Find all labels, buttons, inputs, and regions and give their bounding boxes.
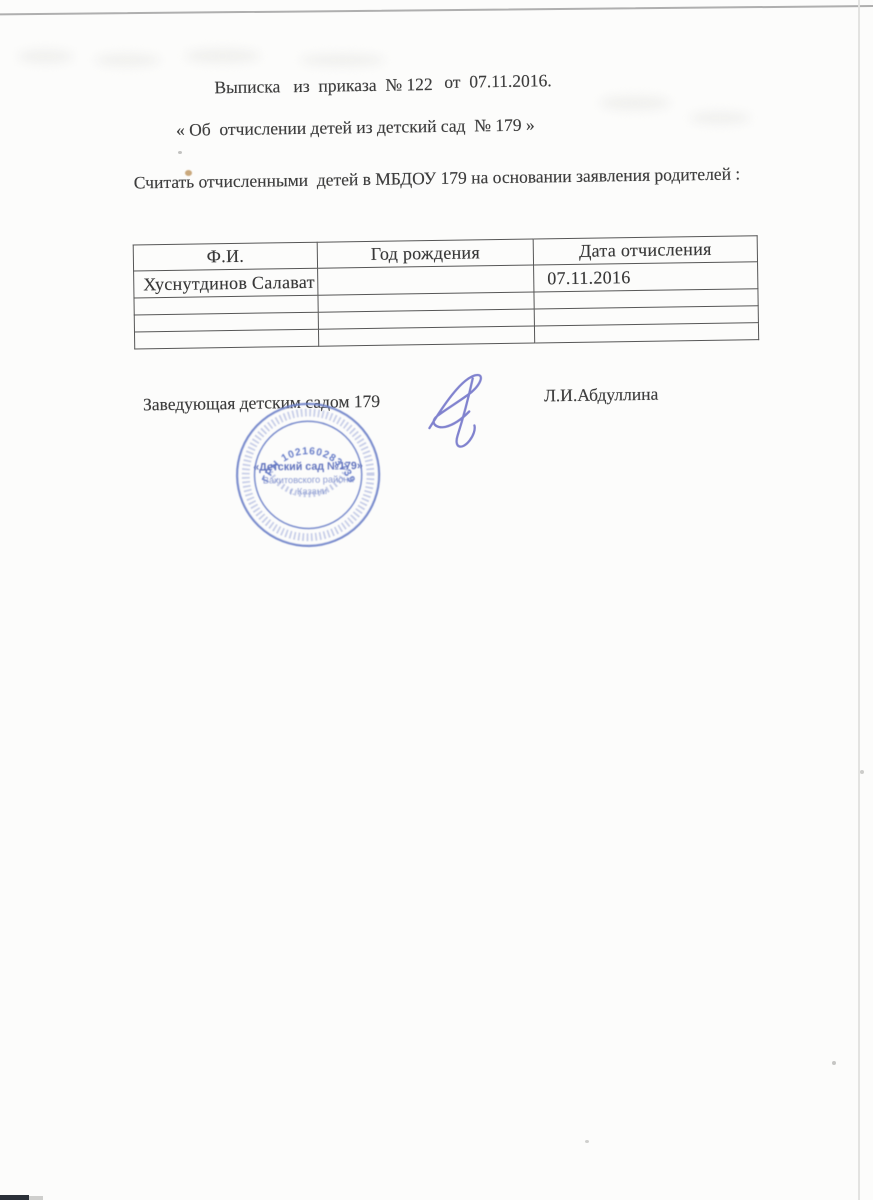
stamp-center-line3: г. Казани — [290, 486, 328, 497]
stamp-center-line1: «Детский сад №179» — [253, 460, 363, 474]
document-content: Выписка из приказа № 122 от 07.11.2016. … — [0, 0, 873, 1200]
column-header: Год рождения — [317, 239, 533, 268]
table-cell — [318, 326, 534, 346]
table-cell: Хуснутдинов Салават — [134, 268, 318, 298]
table-cell — [318, 265, 534, 295]
scanned-document-page: Выписка из приказа № 122 от 07.11.2016. … — [0, 0, 873, 1200]
document-date: от 07.11.2016. — [444, 70, 552, 93]
signature-name: Л.И.Абдуллина — [544, 384, 659, 407]
signature-stroke — [429, 375, 482, 428]
official-stamp: ОГРН 1021602837398 «Детский сад №179» Ва… — [229, 398, 387, 552]
order-body-text: Считать отчисленными детей в МБДОУ 179 н… — [134, 163, 741, 193]
table-cell — [134, 329, 318, 349]
table-cell: 07.11.2016 — [534, 262, 758, 292]
document-title: Выписка из приказа № 122 — [214, 74, 433, 98]
document-subject: « Об отчислении детей из детский сад № 1… — [176, 114, 535, 140]
table-cell — [534, 323, 758, 343]
column-header: Дата отчисления — [533, 236, 757, 265]
column-header: Ф.И. — [133, 242, 317, 271]
handwritten-signature — [417, 365, 514, 456]
dismissal-table: Ф.И.Год рожденияДата отчисленияХуснутдин… — [133, 235, 759, 349]
stamp-center-line2: Вахитовского района — [263, 474, 355, 485]
